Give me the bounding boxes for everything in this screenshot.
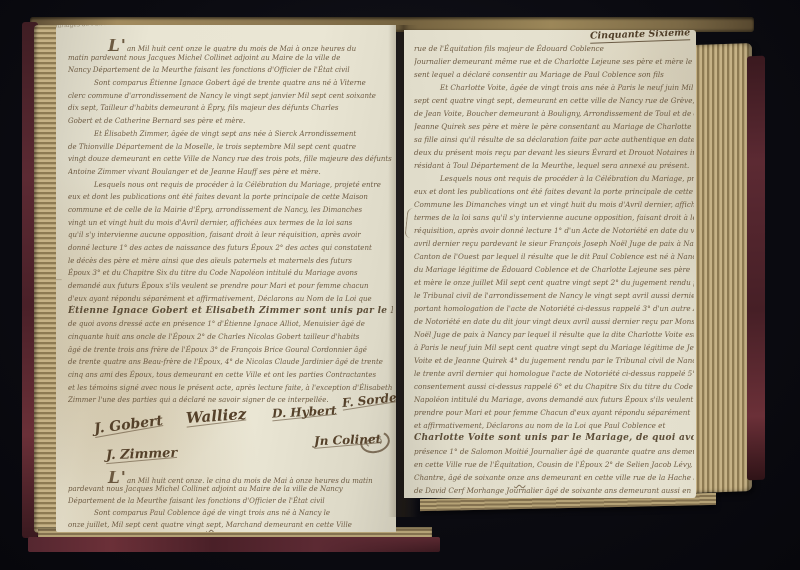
manuscript-line: de David Cerf Morhange Journalier âgé de…	[414, 484, 694, 497]
manuscript-line: Noël Juge de paix à Nancy par lequel il …	[414, 328, 694, 341]
book-cover-bottom	[28, 537, 440, 552]
manuscript-line: qu'il s'y intervienne aucune opposition,…	[68, 229, 393, 242]
manuscript-line: de Jean Voite, Boucher demeurant à Bouli…	[414, 107, 694, 120]
manuscript-line: vingt douze demeurant en cette Ville de …	[68, 153, 393, 166]
manuscript-line: Étienne Ignace Gobert et Élisabeth Zimme…	[68, 305, 393, 318]
manuscript-line: du Mariage légitime de Édouard Coblence …	[414, 263, 694, 276]
manuscript-line: sent lequel a déclaré consentir au Maria…	[414, 68, 694, 81]
manuscript-line: eux et dont les publications ont été fai…	[68, 191, 393, 204]
margin-mark: —	[56, 275, 62, 284]
manuscript-line: pardevant nous Jacques Michel Collinet a…	[68, 483, 393, 495]
manuscript-line: réquisition, après avoir donné lecture 1…	[414, 224, 694, 237]
manuscript-line: Époux 3° et du Chapitre Six du titre du …	[68, 267, 393, 280]
manuscript-line: donné lecture 1° des actes de naissance …	[68, 242, 393, 255]
right-page: Cinquante Sixième rue de l'Équitation fi…	[404, 30, 696, 498]
manuscript-line: le trente avril dernier qui homologue l'…	[414, 367, 694, 380]
manuscript-line: onze juillet, Mil sept cent quatre vingt…	[68, 519, 393, 531]
manuscript-line: de trente quatre ans Beau-frère de l'Épo…	[68, 356, 393, 369]
manuscript-line: d'eux ayant répondu séparément et affirm…	[68, 293, 393, 306]
ink-squiggle	[286, 530, 300, 532]
manuscript-line: dix sept, Tailleur d'habits demeurant à …	[68, 102, 393, 115]
manuscript-line: L'an Mil huit cent onze, le cinq du mois…	[68, 471, 393, 483]
manuscript-line: Gobert et de Catherine Bernard ses père …	[68, 115, 393, 128]
signature-block: J. GobertWalliezD. HybertF. SordelJn Col…	[68, 405, 392, 469]
manuscript-line: vingt un et vingt huit du mois d'Avril d…	[68, 217, 393, 230]
manuscript-line: portant homologation de l'acte de Notori…	[414, 302, 694, 315]
manuscript-line: Et Charlotte Voite, âgée de vingt trois …	[414, 81, 694, 94]
marriage-record-gobert-zimmer: L'an Mil huit cent onze le quatre du moi…	[68, 39, 393, 407]
register-book: mariages de l'an mil huit cent onze — L'…	[0, 0, 800, 570]
signature-zimmer: J. Zimmer	[106, 446, 178, 464]
manuscript-line: Lesquels nous ont requis de procéder à l…	[414, 172, 694, 185]
manuscript-line: Voite et de Jeanne Quirek 4° du jugement…	[414, 354, 694, 367]
manuscript-line: Canton de l'Ouest par lequel il résulte …	[414, 250, 694, 263]
manuscript-line: Charlotte Voite sont unis par le Mariage…	[414, 432, 694, 445]
signature-hybert: D. Hybert	[272, 403, 337, 421]
manuscript-line: consentement aussi ci-dessus rappelé 6° …	[414, 380, 694, 393]
manuscript-line: prendre pour Mari et pour femme Chacun d…	[414, 406, 694, 419]
manuscript-line: à Paris le neuf juin Mil sept cent quatr…	[414, 341, 694, 354]
manuscript-line: Et Élisabeth Zimmer, âgée de vingt sept …	[68, 128, 393, 141]
manuscript-line: résidant à Toul Département de la Meurth…	[414, 159, 694, 172]
book-cover-right	[747, 56, 765, 481]
manuscript-line: avril dernier reçu pardevant le sieur Fr…	[414, 237, 694, 250]
signature-gobert: J. Gobert	[93, 413, 164, 438]
manuscript-line: Nancy Département de la Meurthe faisant …	[68, 64, 393, 77]
manuscript-line: Sont comparus Paul Coblence âgé de vingt…	[68, 507, 393, 519]
manuscript-line: Chantre, âgé de soixante onze ans demeur…	[414, 471, 694, 484]
manuscript-line: le Tribunal civil de l'arrondissement de…	[414, 289, 694, 302]
marriage-record-coblence-voite: rue de l'Équitation fils majeur de Édoua…	[414, 42, 694, 498]
manuscript-line: termes de la loi sans qu'il s'y intervie…	[414, 211, 694, 224]
manuscript-line: matin pardevant nous Jacques Michel Coll…	[68, 52, 393, 65]
left-page: mariages de l'an mil huit cent onze — L'…	[56, 25, 396, 532]
marriage-record-coblence-start: L'an Mil huit cent onze, le cinq du mois…	[68, 471, 393, 531]
manuscript-line: Lesquels nous ont requis de procéder à l…	[68, 179, 393, 192]
manuscript-line: sa fille ainsi qu'il résulte de sa décla…	[414, 133, 694, 146]
manuscript-line: Commune les Dimanches vingt un et vingt …	[414, 198, 694, 211]
manuscript-line: sept cent quatre vingt sept, demeurant e…	[414, 94, 694, 107]
manuscript-line: L'an Mil huit cent onze le quatre du moi…	[68, 39, 393, 52]
manuscript-line: Napoléon intitulé du Mariage, avons dema…	[414, 393, 694, 406]
manuscript-line: le décès des père et mère ainsi que des …	[68, 255, 393, 268]
manuscript-line: de Notoriété en date du dit jour vingt d…	[414, 315, 694, 328]
manuscript-line: clerc commune d'arrondissement de Nancy …	[68, 90, 393, 103]
manuscript-line: cinquante huit ans oncle de l'Époux 2° d…	[68, 331, 393, 344]
manuscript-line: de Thionville Département de la Moselle,…	[68, 141, 393, 154]
manuscript-line: commune et de celle de la Mairie d'Épry,…	[68, 204, 393, 217]
manuscript-line: et les témoins signé avec nous le présen…	[68, 382, 393, 395]
manuscript-line: présence 1° de Salomon Moitié Journalier…	[414, 445, 694, 458]
manuscript-line: rue de l'Équitation fils majeur de Édoua…	[414, 42, 694, 55]
manuscript-line: Département de la Meurthe faisant les fo…	[68, 495, 393, 507]
manuscript-line: Jeanne Quirek ses père et mère le père c…	[414, 120, 694, 133]
ink-squiggle	[206, 521, 215, 531]
manuscript-line: Antoine Zimmer vivant Boulanger et de Je…	[68, 166, 393, 179]
signature-colinet: Jn Colinet	[314, 432, 382, 449]
manuscript-line: Sont comparus Étienne Ignace Gobert âgé …	[68, 77, 393, 90]
manuscript-line: âgé de trente trois ans frère de l'Époux…	[68, 344, 393, 357]
signature-walliez: Walliez	[185, 405, 247, 428]
manuscript-line: et affirmativement, Déclarons au nom de …	[414, 419, 694, 432]
archival-corner-note: mariages de l'an mil huit cent onze	[56, 25, 159, 30]
manuscript-line: demandé aux futurs Époux s'ils veulent s…	[68, 280, 393, 293]
page-stack-fore-edge	[695, 43, 752, 493]
manuscript-line: cinq ans ami des Époux, tous demeurant e…	[68, 369, 393, 382]
photo-background: mariages de l'an mil huit cent onze — L'…	[0, 0, 800, 570]
manuscript-line: et mère le onze juillet Mil sept cent qu…	[414, 276, 694, 289]
manuscript-line: Journalier demeurant même rue et de Char…	[414, 55, 694, 68]
manuscript-line: cette Ville rue des ponts, 4° et de Lion…	[414, 497, 694, 498]
manuscript-line: deux du présent mois reçu par devant les…	[414, 146, 694, 159]
manuscript-line: de quoi avons dressé acte en présence 1°…	[68, 318, 393, 331]
ink-squiggle	[514, 476, 526, 486]
manuscript-line: eux et dont les publications ont été fai…	[414, 185, 694, 198]
manuscript-line: en cette Ville rue de l'Équitation, Cous…	[414, 458, 694, 471]
